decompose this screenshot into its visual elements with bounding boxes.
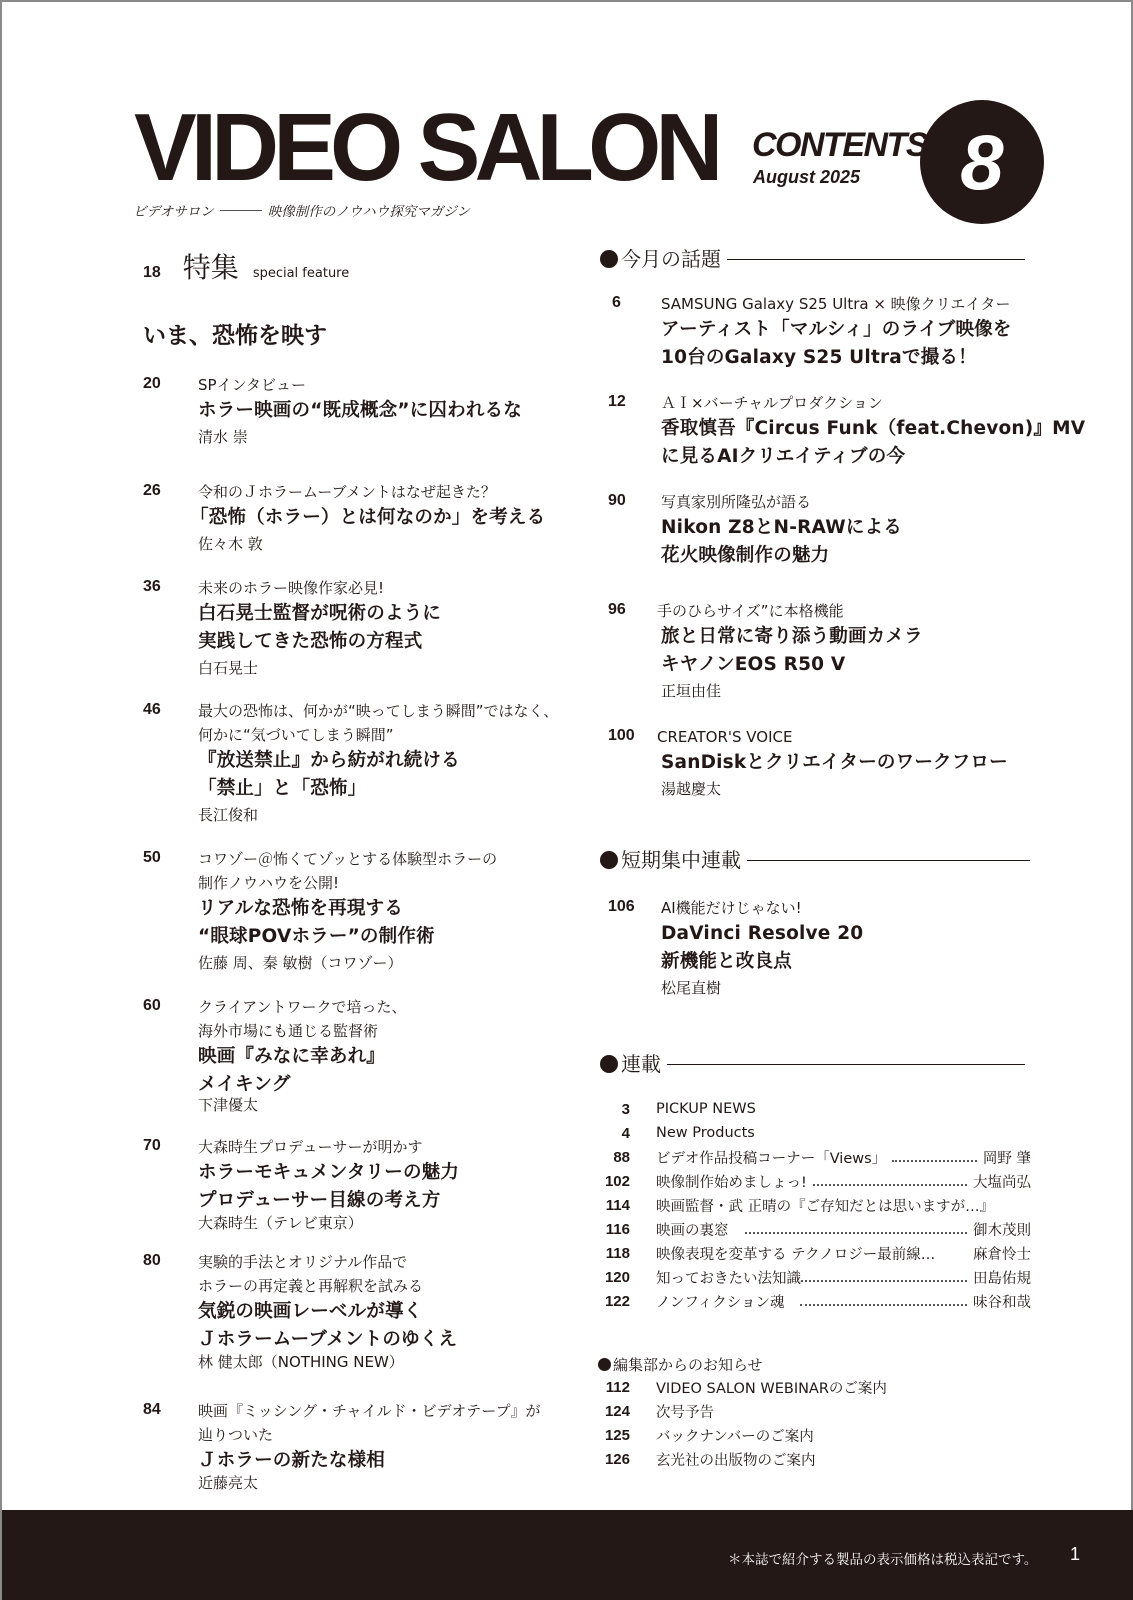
entry-title: 『放送禁止』から紡がれ続ける — [198, 747, 558, 775]
notice-item[interactable]: 125 バックナンバーのご案内 — [598, 1423, 1031, 1447]
serial-title: 映像制作始めましょっ! — [656, 1171, 807, 1192]
entry-kicker: SAMSUNG Galaxy S25 Ultra × 映像クリエイター — [661, 292, 1012, 316]
entry-kicker: クライアントワークで培った、 — [198, 995, 407, 1019]
entry-body: 令和のＪホラームーブメントはなぜ起きた？ 「恐怖（ホラー）とは何なのか」を考える… — [198, 480, 545, 556]
entry-kicker: SPインタビュー — [198, 373, 522, 397]
serial-title: PICKUP NEWS — [656, 1101, 756, 1117]
entry-kicker: 手のひらサイズ”に本格機能 — [657, 599, 923, 623]
entry-kicker: 海外市場にも通じる監督術 — [198, 1019, 407, 1043]
serial-author: 田島佑規 — [973, 1267, 1031, 1288]
serial-author: 大塩尚弘 — [973, 1171, 1031, 1192]
entry-body: 映画『ミッシング・チャイルド・ビデオテープ』が 辿りついた Ｊホラーの新たな様相… — [198, 1399, 541, 1495]
entry-title: 新機能と改良点 — [661, 948, 863, 976]
dot-leader — [813, 1176, 967, 1186]
entry-kicker: AI機能だけじゃない! — [661, 896, 863, 920]
entry-title: 気鋭の映画レーベルが導く — [198, 1298, 457, 1326]
serial-title: New Products — [656, 1125, 755, 1141]
dot-leader — [745, 1224, 968, 1234]
serial-page: 122 — [598, 1293, 630, 1310]
entry-kicker: 未来のホラー映像作家必見! — [198, 576, 441, 600]
notice-item[interactable]: 112 VIDEO SALON WEBINARのご案内 — [598, 1375, 1031, 1399]
entry-title: 映画『みなに幸あれ』 — [198, 1043, 407, 1071]
price-note: ＊本誌で紹介する製品の表示価格は税込表記です。 — [728, 1548, 1037, 1568]
entry-author: 清水 崇 — [198, 425, 522, 449]
entry-title: DaVinci Resolve 20 — [661, 920, 863, 948]
serial-page: 114 — [598, 1197, 630, 1214]
entry-title: 10台のGalaxy S25 Ultraで撮る！ — [661, 344, 1012, 372]
serial-item[interactable]: 4 New Products — [598, 1121, 1031, 1145]
entry-title: SanDiskとクリエイターのワークフロー — [661, 749, 1008, 777]
bullet-icon — [600, 1055, 618, 1073]
entry-page: 100 — [608, 725, 635, 747]
serial-page: 116 — [598, 1221, 630, 1238]
entry-body: 大森時生プロデューサーが明かす ホラーモキュメンタリーの魅力 プロデューサー目線… — [198, 1135, 459, 1235]
entry-title: 花火映像制作の魅力 — [661, 542, 902, 570]
bullet-icon — [598, 1358, 611, 1371]
entry-body: SPインタビュー ホラー映画の“既成概念”に囚われるな 清水 崇 — [198, 373, 522, 449]
entry-body: CREATOR'S VOICE SanDiskとクリエイターのワークフロー 湯越… — [661, 725, 1008, 801]
entry-title: アーティスト「マルシィ」のライブ映像を — [661, 316, 1012, 344]
entry-page: 20 — [143, 373, 161, 395]
entry-kicker: CREATOR'S VOICE — [657, 725, 1008, 749]
serial-title: 映像表現を変革する テクノロジー最前線… — [656, 1243, 935, 1264]
section-serials-heading: 連載 — [600, 1050, 1025, 1078]
entry-title: 香取慎吾『Circus Funk（feat.Chevon)』MV — [661, 415, 1085, 443]
serial-title: ビデオ作品投稿コーナー「Views」 — [656, 1147, 886, 1168]
entry-body: クライアントワークで培った、 海外市場にも通じる監督術 映画『みなに幸あれ』 メ… — [198, 995, 407, 1117]
serial-page: 88 — [598, 1149, 630, 1166]
serial-item[interactable]: 122 ノンフィクション魂 味谷和哉 — [598, 1289, 1031, 1313]
notice-title: 玄光社の出版物のご案内 — [656, 1449, 816, 1470]
entry-page: 106 — [608, 896, 635, 918]
entry-kicker: 大森時生プロデューサーが明かす — [198, 1135, 459, 1159]
entry-author: 下津優太 — [198, 1093, 407, 1117]
section-short-series-heading: 短期集中連載 — [600, 846, 1030, 874]
entry-title: Nikon Z8とN-RAWによる — [661, 514, 902, 542]
entry-body: 実験的手法とオリジナル作品で ホラーの再定義と再解釈を試みる 気鋭の映画レーベル… — [198, 1250, 457, 1374]
notice-item[interactable]: 126 玄光社の出版物のご案内 — [598, 1447, 1031, 1471]
entry-author: 白石晃士 — [198, 656, 441, 680]
serial-page: 102 — [598, 1173, 630, 1190]
serial-page: 120 — [598, 1269, 630, 1286]
entry-title: 「恐怖（ホラー）とは何なのか」を考える — [190, 504, 545, 532]
entry-page: 26 — [143, 480, 161, 502]
serial-author: 岡野 肇 — [983, 1147, 1031, 1168]
entry-page: 6 — [612, 292, 621, 314]
serial-item[interactable]: 88 ビデオ作品投稿コーナー「Views」 岡野 肇 — [598, 1145, 1031, 1169]
serial-item[interactable]: 120 知っておきたい法知識 田島佑規 — [598, 1265, 1031, 1289]
entry-title: 実践してきた恐怖の方程式 — [198, 628, 441, 656]
serial-item[interactable]: 102 映像制作始めましょっ! 大塩尚弘 — [598, 1169, 1031, 1193]
notice-page: 112 — [598, 1379, 630, 1396]
entry-title: “眼球POVホラー”の制作術 — [198, 923, 497, 951]
entry-author: 松尾直樹 — [661, 976, 863, 1000]
serial-item[interactable]: 114 映画監督・武 正晴の『ご存知だとは思いますが…』 — [598, 1193, 1031, 1217]
entry-body: 写真家別所隆弘が語る Nikon Z8とN-RAWによる 花火映像制作の魅力 — [661, 490, 902, 570]
section-rule — [747, 860, 1030, 861]
dot-leader — [800, 1296, 967, 1306]
section-title: 短期集中連載 — [621, 846, 741, 874]
dot-leader — [892, 1152, 977, 1162]
serial-title: ノンフィクション魂 — [656, 1291, 784, 1312]
section-rule — [667, 1064, 1025, 1065]
notices-heading: 編集部からのお知らせ — [598, 1354, 763, 1375]
entry-body: 未来のホラー映像作家必見! 白石晃士監督が呪術のように 実践してきた恐怖の方程式… — [198, 576, 441, 680]
entry-page: 60 — [143, 995, 161, 1017]
serial-title: 映画監督・武 正晴の『ご存知だとは思いますが…』 — [656, 1195, 994, 1216]
bullet-icon — [600, 851, 618, 869]
notice-title: 次号予告 — [656, 1401, 714, 1422]
entry-page: 12 — [608, 391, 626, 413]
notice-title: VIDEO SALON WEBINARのご案内 — [656, 1377, 887, 1398]
serial-title: 映画の裏窓 — [656, 1219, 729, 1240]
serial-item[interactable]: 118 映像表現を変革する テクノロジー最前線… 麻倉怜士 — [598, 1241, 1031, 1265]
entry-kicker: 制作ノウハウを公開! — [198, 871, 497, 895]
entry-page: 96 — [608, 599, 626, 621]
entry-title: ホラーモキュメンタリーの魅力 — [198, 1159, 459, 1187]
entry-kicker: ホラーの再定義と再解釈を試みる — [198, 1274, 457, 1298]
entry-author: 佐々木 敦 — [198, 532, 545, 556]
entry-kicker: コワゾー＠怖くてゾッとする体験型ホラーの — [198, 847, 497, 871]
serial-title: 知っておきたい法知識 — [656, 1267, 801, 1288]
entry-kicker: 写真家別所隆弘が語る — [661, 490, 902, 514]
serial-author: 御木茂則 — [973, 1219, 1031, 1240]
notice-title: バックナンバーのご案内 — [656, 1425, 814, 1446]
entry-author: 正垣由佳 — [661, 679, 923, 703]
notice-page: 126 — [598, 1451, 630, 1468]
entry-kicker: 令和のＪホラームーブメントはなぜ起きた？ — [198, 480, 545, 504]
entry-title: 「禁止」と「恐怖」 — [198, 775, 558, 803]
entry-author: 湯越慶太 — [661, 777, 1008, 801]
notice-page: 125 — [598, 1427, 630, 1444]
entry-title: 白石晃士監督が呪術のように — [198, 600, 441, 628]
serial-author: 味谷和哉 — [973, 1291, 1031, 1312]
serial-item[interactable]: 116 映画の裏窓 御木茂則 — [598, 1217, 1031, 1241]
magazine-contents-page: VIDEO SALON ビデオサロン 映像制作のノウハウ探究マガジン CONTE… — [0, 0, 1133, 1600]
entry-body: SAMSUNG Galaxy S25 Ultra × 映像クリエイター アーティ… — [661, 292, 1012, 372]
serial-page: 118 — [598, 1245, 630, 1262]
entry-page: 84 — [143, 1399, 161, 1421]
entry-title: 旅と日常に寄り添う動画カメラ — [661, 623, 923, 651]
entry-title: ホラー映画の“既成概念”に囚われるな — [198, 397, 522, 425]
entry-body: 手のひらサイズ”に本格機能 旅と日常に寄り添う動画カメラ キヤノンEOS R50… — [661, 599, 923, 703]
entry-title: リアルな恐怖を再現する — [198, 895, 497, 923]
notice-page: 124 — [598, 1403, 630, 1420]
notice-item[interactable]: 124 次号予告 — [598, 1399, 1031, 1423]
dot-leader — [801, 1272, 967, 1282]
entry-page: 80 — [143, 1250, 161, 1272]
entry-page: 50 — [143, 847, 161, 869]
serial-item[interactable]: 3 PICKUP NEWS — [598, 1097, 1031, 1121]
entry-kicker: 辿りついた — [198, 1423, 541, 1447]
notices-title: 編集部からのお知らせ — [613, 1354, 763, 1375]
entry-page: 46 — [143, 699, 161, 721]
entry-kicker: 映画『ミッシング・チャイルド・ビデオテープ』が — [198, 1399, 541, 1423]
entry-kicker: 実験的手法とオリジナル作品で — [198, 1250, 457, 1274]
serial-page: 4 — [598, 1125, 630, 1142]
serial-author: 麻倉怜士 — [973, 1243, 1031, 1264]
page-folio: 1 — [1070, 1544, 1080, 1565]
entry-body: ＡＩ×バーチャルプロダクション 香取慎吾『Circus Funk（feat.Ch… — [661, 391, 1085, 471]
entry-kicker: ＡＩ×バーチャルプロダクション — [661, 391, 1085, 415]
entry-kicker: 何かに“気づいてしまう瞬間” — [198, 723, 558, 747]
entry-title: に見るAIクリエイティブの今 — [661, 443, 1085, 471]
entry-page: 36 — [143, 576, 161, 598]
entry-page: 70 — [143, 1135, 161, 1157]
feature-entries: 20 SPインタビュー ホラー映画の“既成概念”に囚われるな 清水 崇 26 令… — [143, 2, 603, 1482]
serial-page: 3 — [598, 1101, 630, 1118]
entry-body: コワゾー＠怖くてゾッとする体験型ホラーの 制作ノウハウを公開! リアルな恐怖を再… — [198, 847, 497, 975]
entry-kicker: 最大の恐怖は、何かが“映ってしまう瞬間”ではなく、 — [198, 699, 558, 723]
entry-author: 佐藤 周、秦 敏樹（コワゾー） — [198, 951, 497, 975]
entry-page: 90 — [608, 490, 626, 512]
entry-title: キヤノンEOS R50 V — [661, 651, 923, 679]
entry-body: AI機能だけじゃない! DaVinci Resolve 20 新機能と改良点 松… — [661, 896, 863, 1000]
entry-author: 長江俊和 — [198, 803, 558, 827]
section-title: 連載 — [621, 1050, 661, 1078]
entry-body: 最大の恐怖は、何かが“映ってしまう瞬間”ではなく、 何かに“気づいてしまう瞬間”… — [198, 699, 558, 827]
